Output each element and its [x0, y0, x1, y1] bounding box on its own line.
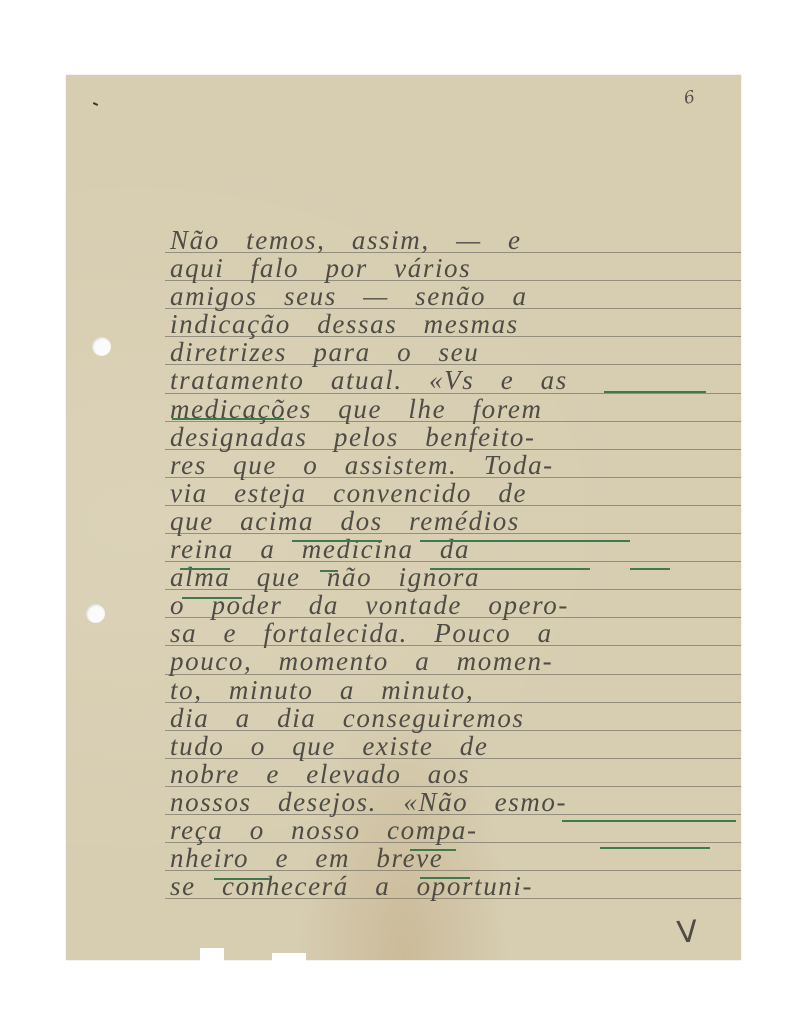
- underline-a: [320, 570, 338, 572]
- text-line-14: o poder da vontade opero-: [170, 591, 742, 619]
- underline-compa: [600, 847, 710, 849]
- line-text: aqui falo por vários: [170, 254, 471, 282]
- line-text: sa e fortalecida. Pouco a: [170, 619, 553, 647]
- line-text: reça o nosso compa-: [170, 816, 478, 844]
- text-line-15: sa e fortalecida. Pouco a: [170, 619, 742, 647]
- torn-edge: [200, 948, 224, 962]
- underline-nheiro: [214, 878, 270, 880]
- text-line-2: aqui falo por vários: [170, 254, 742, 282]
- text-line-10: via esteja convencido de: [170, 479, 742, 507]
- text-line-20: nobre e elevado aos: [170, 760, 742, 788]
- underline-vs-e-as: [604, 391, 706, 393]
- line-text: to, minuto a minuto,: [170, 676, 474, 704]
- text-line-1: Não temos, assim, — e: [170, 226, 742, 254]
- line-text: diretrizes para o seu: [170, 338, 479, 366]
- underline-da: [630, 568, 670, 570]
- text-line-21: nossos desejos. «Não esmo-: [170, 788, 742, 816]
- underline-nao-esmo: [562, 820, 736, 822]
- text-line-19: tudo o que existe de: [170, 732, 742, 760]
- line-text: dia a dia conseguiremos: [170, 704, 525, 732]
- line-text: via esteja convencido de: [170, 479, 527, 507]
- line-text: nheiro e em breve: [170, 844, 443, 872]
- underline-reina: [180, 568, 230, 570]
- line-text: designadas pelos benfeito-: [170, 423, 536, 451]
- text-line-3: amigos seus — senão a: [170, 282, 742, 310]
- underline-acima: [292, 540, 382, 542]
- check-mark: V: [676, 914, 700, 951]
- handwritten-text: Não temos, assim, — e aqui falo por vári…: [170, 226, 742, 900]
- line-text: indicação dessas mesmas: [170, 310, 519, 338]
- text-line-11: que acima dos remédios: [170, 507, 742, 535]
- line-text: se conhecerá a oportuni-: [170, 872, 533, 900]
- text-line-16: pouco, momento a momen-: [170, 647, 742, 675]
- underline-nosso: [410, 849, 456, 851]
- underline-remedios: [420, 540, 630, 542]
- line-text: Não temos, assim, — e: [170, 226, 522, 254]
- line-text: pouco, momento a momen-: [170, 647, 553, 675]
- line-text: que acima dos remédios: [170, 507, 520, 535]
- binder-hole-top: [92, 337, 111, 356]
- text-line-18: dia a dia conseguiremos: [170, 704, 742, 732]
- line-text: nobre e elevado aos: [170, 760, 470, 788]
- underline-medicina: [430, 568, 590, 570]
- binder-hole-bottom: [86, 604, 105, 623]
- line-text: res que o assistem. Toda-: [170, 451, 554, 479]
- line-text: tudo o que existe de: [170, 732, 488, 760]
- torn-edge: [272, 953, 306, 963]
- underline-em: [420, 877, 470, 879]
- line-text: o poder da vontade opero-: [170, 591, 569, 619]
- underline-alma: [182, 597, 242, 599]
- line-text: nossos desejos. «Não esmo-: [170, 788, 567, 816]
- text-line-17: to, minuto a minuto,: [170, 676, 742, 704]
- text-line-8: designadas pelos benfeito-: [170, 423, 742, 451]
- text-line-9: res que o assistem. Toda-: [170, 451, 742, 479]
- text-line-4: indicação dessas mesmas: [170, 310, 742, 338]
- text-line-5: diretrizes para o seu: [170, 338, 742, 366]
- line-text: amigos seus — senão a: [170, 282, 528, 310]
- line-text: tratamento atual. «Vs e as: [170, 366, 568, 394]
- underline-medicacoes: [172, 418, 284, 420]
